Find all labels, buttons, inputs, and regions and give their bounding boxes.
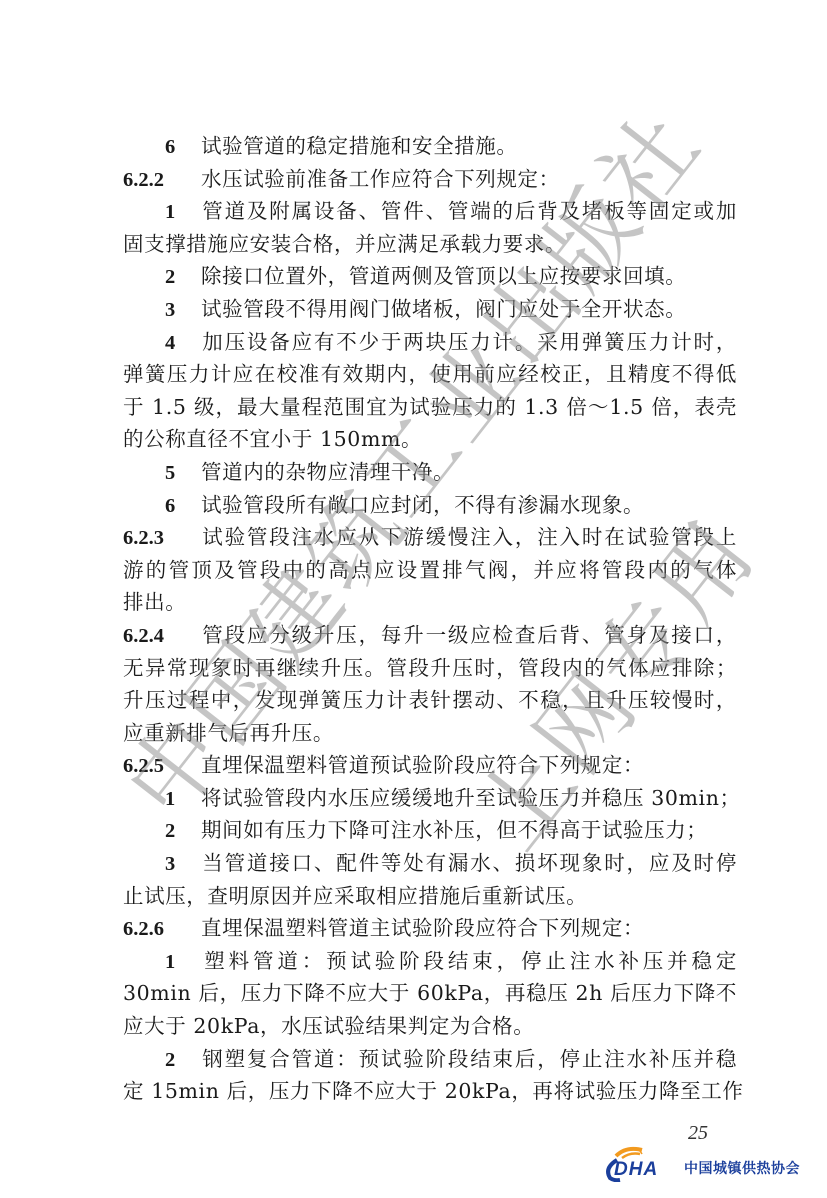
- line-text: 试验管段所有敞口应封闭，不得有渗漏水现象。: [201, 493, 644, 517]
- clause-number: 6.2.3: [123, 522, 201, 555]
- continuation-line: 游的管顶及管段中的高点应设置排气阀，并应将管段内的气体: [123, 554, 737, 587]
- list-item-line: 6试验管段所有敞口应封闭，不得有渗漏水现象。: [123, 489, 737, 522]
- item-number: 4: [165, 327, 201, 360]
- item-number: 1: [165, 946, 201, 979]
- clause-line: 6.2.4管段应分级升压，每升一级应检查后背、管身及接口，: [123, 619, 737, 652]
- clause-line: 6.2.5直埋保温塑料管道预试验阶段应符合下列规定：: [123, 749, 737, 782]
- item-number: 2: [165, 261, 201, 294]
- line-text: 止试压，查明原因并应采取相应措施后重新试压。: [123, 884, 587, 908]
- continuation-line: 于 1.5 级，最大量程范围宜为试验压力的 1.3 倍～1.5 倍，表壳: [123, 391, 737, 424]
- line-text: 试验管道的稳定措施和安全措施。: [201, 134, 518, 158]
- line-text: 管道内的杂物应清理干净。: [201, 460, 454, 484]
- list-item-line: 1将试验管段内水压应缓缓地升至试验压力并稳压 30min；: [123, 782, 737, 815]
- line-text: 加压设备应有不少于两块压力计。采用弹簧压力计时，: [201, 330, 737, 354]
- clause-number: 6.2.2: [123, 164, 201, 197]
- footer-logo: DHA 中国城镇供热协会: [602, 1144, 800, 1184]
- list-item-line: 1塑料管道：预试验阶段结束，停止注水补压并稳定: [123, 945, 737, 978]
- item-number: 1: [165, 196, 201, 229]
- body-text: 6试验管道的稳定措施和安全措施。6.2.2水压试验前准备工作应符合下列规定：1管…: [123, 130, 737, 1108]
- line-text: 管道及附属设备、管件、管端的后背及堵板等固定或加: [201, 199, 737, 223]
- continuation-line: 无异常现象时再继续升压。管段升压时，管段内的气体应排除；: [123, 652, 737, 685]
- item-number: 3: [165, 294, 201, 327]
- page-number: 25: [688, 1122, 708, 1145]
- item-number: 6: [165, 490, 201, 523]
- continuation-line: 定 15min 后，压力下降不应大于 20kPa，再将试验压力降至工作: [123, 1075, 737, 1108]
- item-number: 6: [165, 131, 201, 164]
- line-text: 排出。: [123, 590, 186, 614]
- line-text: 期间如有压力下降可注水补压，但不得高于试验压力；: [201, 818, 707, 842]
- continuation-line: 排出。: [123, 586, 737, 619]
- clause-line: 6.2.3试验管段注水应从下游缓慢注入，注入时在试验管段上: [123, 521, 737, 554]
- clause-number: 6.2.6: [123, 913, 201, 946]
- clause-number: 6.2.5: [123, 750, 201, 783]
- list-item-line: 2除接口位置外，管道两侧及管顶以上应按要求回填。: [123, 260, 737, 293]
- line-text: 塑料管道：预试验阶段结束，停止注水补压并稳定: [201, 949, 737, 973]
- line-text: 固支撑措施应安装合格，并应满足承载力要求。: [123, 232, 566, 256]
- clause-line: 6.2.2水压试验前准备工作应符合下列规定：: [123, 163, 737, 196]
- line-text: 无异常现象时再继续升压。管段升压时，管段内的气体应排除；: [123, 656, 737, 680]
- line-text: 当管道接口、配件等处有漏水、损坏现象时，应及时停: [201, 851, 737, 875]
- continuation-line: 升压过程中，发现弹簧压力计表针摆动、不稳，且升压较慢时，: [123, 684, 737, 717]
- item-number: 1: [165, 783, 201, 816]
- list-item-line: 6试验管道的稳定措施和安全措施。: [123, 130, 737, 163]
- line-text: 钢塑复合管道：预试验阶段结束后，停止注水补压并稳: [201, 1047, 737, 1071]
- continuation-line: 30min 后，压力下降不应大于 60kPa，再稳压 2h 后压力下降不: [123, 977, 737, 1010]
- list-item-line: 3试验管段不得用阀门做堵板，阀门应处于全开状态。: [123, 293, 737, 326]
- clause-number: 6.2.4: [123, 620, 201, 653]
- line-text: 应大于 20kPa，水压试验结果判定为合格。: [123, 1014, 534, 1038]
- line-text: 游的管顶及管段中的高点应设置排气阀，并应将管段内的气体: [123, 558, 737, 582]
- item-number: 2: [165, 815, 201, 848]
- item-number: 3: [165, 848, 201, 881]
- line-text: 直埋保温塑料管道主试验阶段应符合下列规定：: [201, 916, 644, 940]
- logo-text: DHA: [614, 1159, 658, 1181]
- line-text: 试验管段不得用阀门做堵板，阀门应处于全开状态。: [201, 297, 686, 321]
- list-item-line: 4加压设备应有不少于两块压力计。采用弹簧压力计时，: [123, 326, 737, 359]
- line-text: 试验管段注水应从下游缓慢注入，注入时在试验管段上: [201, 525, 737, 549]
- continuation-line: 应大于 20kPa，水压试验结果判定为合格。: [123, 1010, 737, 1043]
- continuation-line: 止试压，查明原因并应采取相应措施后重新试压。: [123, 880, 737, 913]
- list-item-line: 3当管道接口、配件等处有漏水、损坏现象时，应及时停: [123, 847, 737, 880]
- list-item-line: 5管道内的杂物应清理干净。: [123, 456, 737, 489]
- continuation-line: 弹簧压力计应在校准有效期内，使用前应经校正，且精度不得低: [123, 358, 737, 391]
- line-text: 管段应分级升压，每升一级应检查后背、管身及接口，: [201, 623, 737, 647]
- line-text: 30min 后，压力下降不应大于 60kPa，再稳压 2h 后压力下降不: [123, 981, 737, 1005]
- line-text: 弹簧压力计应在校准有效期内，使用前应经校正，且精度不得低: [123, 362, 737, 386]
- line-text: 定 15min 后，压力下降不应大于 20kPa，再将试验压力降至工作: [123, 1079, 743, 1103]
- continuation-line: 的公称直径不宜小于 150mm。: [123, 423, 737, 456]
- line-text: 将试验管段内水压应缓缓地升至试验压力并稳压 30min；: [201, 786, 741, 810]
- list-item-line: 2期间如有压力下降可注水补压，但不得高于试验压力；: [123, 814, 737, 847]
- clause-line: 6.2.6直埋保温塑料管道主试验阶段应符合下列规定：: [123, 912, 737, 945]
- line-text: 升压过程中，发现弹簧压力计表针摆动、不稳，且升压较慢时，: [123, 688, 737, 712]
- list-item-line: 1管道及附属设备、管件、管端的后背及堵板等固定或加: [123, 195, 737, 228]
- line-text: 应重新排气后再升压。: [123, 721, 334, 745]
- line-text: 于 1.5 级，最大量程范围宜为试验压力的 1.3 倍～1.5 倍，表壳: [123, 395, 737, 419]
- continuation-line: 应重新排气后再升压。: [123, 717, 737, 750]
- cdha-logo-icon: DHA: [602, 1146, 678, 1182]
- document-page: 6试验管道的稳定措施和安全措施。6.2.2水压试验前准备工作应符合下列规定：1管…: [0, 0, 827, 1198]
- organization-name: 中国城镇供热协会: [684, 1158, 800, 1178]
- continuation-line: 固支撑措施应安装合格，并应满足承载力要求。: [123, 228, 737, 261]
- item-number: 2: [165, 1044, 201, 1077]
- line-text: 的公称直径不宜小于 150mm。: [123, 427, 422, 451]
- line-text: 直埋保温塑料管道预试验阶段应符合下列规定：: [201, 753, 644, 777]
- item-number: 5: [165, 457, 201, 490]
- list-item-line: 2钢塑复合管道：预试验阶段结束后，停止注水补压并稳: [123, 1043, 737, 1076]
- line-text: 除接口位置外，管道两侧及管顶以上应按要求回填。: [201, 264, 686, 288]
- line-text: 水压试验前准备工作应符合下列规定：: [201, 167, 560, 191]
